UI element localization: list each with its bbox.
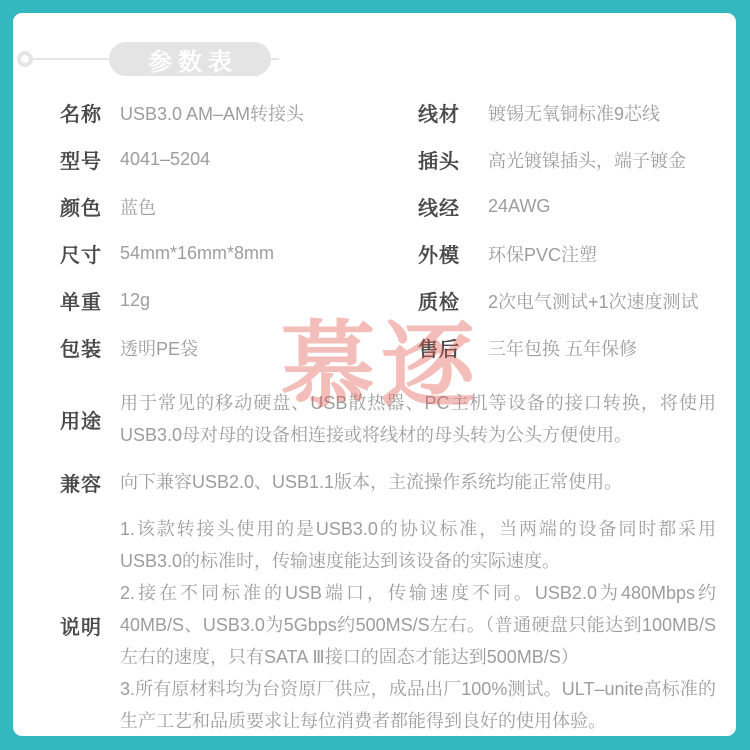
spec-label: 外模 <box>418 239 474 268</box>
spec-row-qc: 质检 2次电气测试+1次速度测试 <box>418 277 726 324</box>
section-text: 用于常见的移动硬盘、USB散热器、PC主机等设备的接口转换，将使用USB3.0母… <box>120 387 716 451</box>
note-item: 3.所有原材料均为台资原厂供应，成品出厂100%测试。ULT–unite高标准的… <box>120 673 716 737</box>
section-text: 向下兼容USB2.0、USB1.1版本，主流操作系统均能正常使用。 <box>120 466 716 498</box>
spec-card: 参数表 名称 USB3.0 AM–AM转接头 型号 4041–5204 颜色 蓝… <box>13 13 736 736</box>
section-header: 参数表 <box>17 42 279 76</box>
bullet-dot-icon <box>17 51 33 67</box>
spec-label: 颜色 <box>60 192 116 221</box>
spec-row-name: 名称 USB3.0 AM–AM转接头 <box>60 89 416 136</box>
detail-sections: 用途 用于常见的移动硬盘、USB散热器、PC主机等设备的接口转换，将使用USB3… <box>60 387 716 737</box>
section-compatibility: 兼容 向下兼容USB2.0、USB1.1版本，主流操作系统均能正常使用。 <box>60 466 716 498</box>
section-label: 说明 <box>60 611 120 640</box>
spec-row-size: 尺寸 54mm*16mm*8mm <box>60 230 416 277</box>
spec-value: 透明PE袋 <box>120 335 198 361</box>
spec-label: 名称 <box>60 98 116 127</box>
section-body: 用于常见的移动硬盘、USB散热器、PC主机等设备的接口转换，将使用USB3.0母… <box>120 387 716 451</box>
spec-column-left: 名称 USB3.0 AM–AM转接头 型号 4041–5204 颜色 蓝色 尺寸… <box>60 89 416 371</box>
section-body: 1.该款转接头使用的是USB3.0的协议标准，当两端的设备同时都采用USB3.0… <box>120 513 716 737</box>
spec-label: 包装 <box>60 333 116 362</box>
spec-value: 4041–5204 <box>120 149 210 170</box>
spec-value: 蓝色 <box>120 194 156 220</box>
spec-value: 高光镀镍插头，端子镀金 <box>488 147 686 173</box>
spec-value: 24AWG <box>488 196 550 217</box>
title-pill: 参数表 <box>109 42 271 76</box>
spec-label: 线材 <box>418 98 474 127</box>
spec-column-right: 线材 镀锡无氧铜标准9芯线 插头 高光镀镍插头，端子镀金 线经 24AWG 外模… <box>418 89 726 371</box>
spec-row-weight: 单重 12g <box>60 277 416 324</box>
spec-row-model: 型号 4041–5204 <box>60 136 416 183</box>
section-label: 兼容 <box>60 468 120 497</box>
spec-row-mold: 外模 环保PVC注塑 <box>418 230 726 277</box>
spec-value: 三年包换 五年保修 <box>488 335 637 361</box>
section-label: 用途 <box>60 405 120 434</box>
spec-label: 质检 <box>418 286 474 315</box>
section-body: 向下兼容USB2.0、USB1.1版本，主流操作系统均能正常使用。 <box>120 466 716 498</box>
note-item: 2.接在不同标准的USB端口，传输速度不同。USB2.0为480Mbps约40M… <box>120 577 716 673</box>
connector-line <box>33 58 109 60</box>
connector-tick <box>271 58 279 60</box>
spec-label: 型号 <box>60 145 116 174</box>
spec-value: 2次电气测试+1次速度测试 <box>488 288 699 314</box>
spec-label: 售后 <box>418 333 474 362</box>
spec-label: 尺寸 <box>60 239 116 268</box>
spec-value: 镀锡无氧铜标准9芯线 <box>488 100 660 126</box>
spec-value: 54mm*16mm*8mm <box>120 243 274 264</box>
spec-label: 插头 <box>418 145 474 174</box>
spec-row-gauge: 线经 24AWG <box>418 183 726 230</box>
spec-row-aftersales: 售后 三年包换 五年保修 <box>418 324 726 371</box>
spec-row-wire: 线材 镀锡无氧铜标准9芯线 <box>418 89 726 136</box>
spec-row-color: 颜色 蓝色 <box>60 183 416 230</box>
spec-value: 12g <box>120 290 150 311</box>
section-notes: 说明 1.该款转接头使用的是USB3.0的协议标准，当两端的设备同时都采用USB… <box>60 513 716 737</box>
page-title: 参数表 <box>142 42 238 77</box>
spec-label: 单重 <box>60 286 116 315</box>
spec-label: 线经 <box>418 192 474 221</box>
spec-row-plug: 插头 高光镀镍插头，端子镀金 <box>418 136 726 183</box>
section-usage: 用途 用于常见的移动硬盘、USB散热器、PC主机等设备的接口转换，将使用USB3… <box>60 387 716 451</box>
note-item: 1.该款转接头使用的是USB3.0的协议标准，当两端的设备同时都采用USB3.0… <box>120 513 716 577</box>
spec-value: 环保PVC注塑 <box>488 241 597 267</box>
spec-row-packaging: 包装 透明PE袋 <box>60 324 416 371</box>
spec-value: USB3.0 AM–AM转接头 <box>120 100 304 126</box>
